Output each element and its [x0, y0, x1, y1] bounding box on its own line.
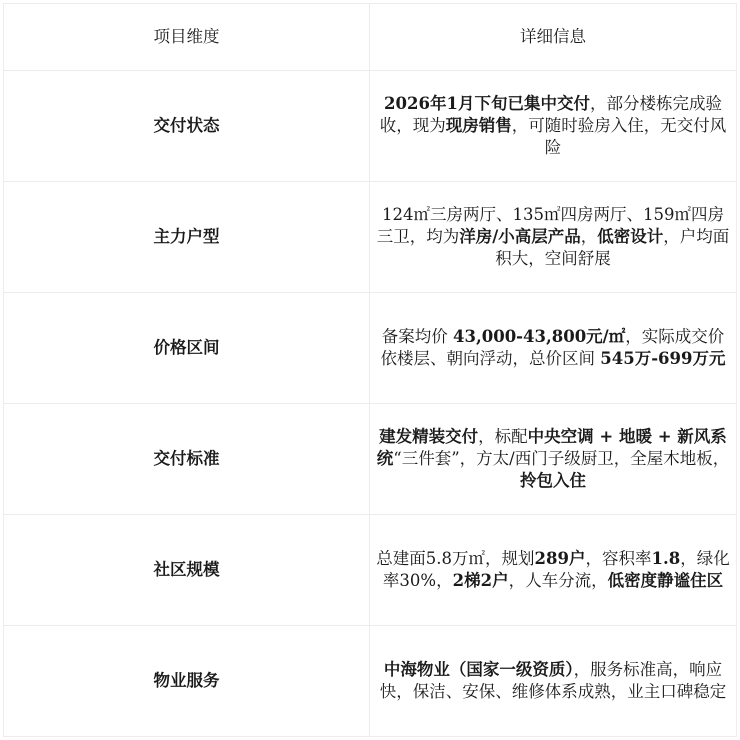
table-row: 主力户型 124㎡三房两厅、135㎡四房两厅、159㎡四房三卫，均为洋房/小高层…	[4, 182, 737, 293]
detail-highlight: 1.8	[651, 549, 680, 568]
header-dimension: 项目维度	[4, 4, 370, 71]
detail-text: 总建面5.8万㎡，规划	[376, 549, 534, 568]
detail-cell: 总建面5.8万㎡，规划289户，容积率1.8，绿化率30%，2梯2户，人车分流，…	[370, 515, 737, 626]
detail-highlight: 中海物业（国家一级资质）	[384, 660, 574, 679]
table-row: 交付标准 建发精装交付，标配中央空调 + 地暖 + 新风系统“三件套”，方太/西…	[4, 404, 737, 515]
detail-cell: 124㎡三房两厅、135㎡四房两厅、159㎡四房三卫，均为洋房/小高层产品，低密…	[370, 182, 737, 293]
table-row: 社区规模 总建面5.8万㎡，规划289户，容积率1.8，绿化率30%，2梯2户，…	[4, 515, 737, 626]
detail-highlight: 545万-699万元	[600, 349, 725, 368]
detail-cell: 中海物业（国家一级资质），服务标准高，响应快，保洁、安保、维修体系成熟，业主口碑…	[370, 626, 737, 737]
project-info-table: 项目维度 详细信息 交付状态 2026年1月下旬已集中交付，部分楼栋完成验收，现…	[3, 3, 737, 737]
detail-text: ，	[581, 227, 598, 246]
dimension-cell: 物业服务	[4, 626, 370, 737]
detail-highlight: 现房销售	[446, 116, 512, 135]
table-header-row: 项目维度 详细信息	[4, 4, 737, 71]
table-row: 交付状态 2026年1月下旬已集中交付，部分楼栋完成验收，现为现房销售，可随时验…	[4, 71, 737, 182]
detail-highlight: 43,000-43,800元/㎡	[453, 327, 625, 346]
detail-highlight: 2026年1月下旬已集中交付	[384, 94, 590, 113]
detail-text: 备案均价	[382, 327, 453, 346]
dimension-cell: 社区规模	[4, 515, 370, 626]
detail-text: ，人车分流，	[509, 571, 608, 590]
detail-highlight: 289户	[535, 549, 586, 568]
detail-highlight: 低密设计	[597, 227, 663, 246]
dimension-cell: 价格区间	[4, 293, 370, 404]
dimension-cell: 主力户型	[4, 182, 370, 293]
detail-highlight: 拎包入住	[520, 471, 586, 490]
table-row: 价格区间 备案均价 43,000-43,800元/㎡，实际成交价依楼层、朝向浮动…	[4, 293, 737, 404]
table-row: 物业服务 中海物业（国家一级资质），服务标准高，响应快，保洁、安保、维修体系成熟…	[4, 626, 737, 737]
detail-cell: 2026年1月下旬已集中交付，部分楼栋完成验收，现为现房销售，可随时验房入住，无…	[370, 71, 737, 182]
detail-text: “三件套”，方太/西门子级厨卫，全屋木地板，	[393, 449, 729, 468]
detail-highlight: 低密度静谧住区	[608, 571, 724, 590]
detail-text: ，可随时验房入住，无交付风险	[512, 116, 727, 157]
detail-highlight: 洋房/小高层产品	[459, 227, 581, 246]
detail-cell: 建发精装交付，标配中央空调 + 地暖 + 新风系统“三件套”，方太/西门子级厨卫…	[370, 404, 737, 515]
detail-text: ，容积率	[585, 549, 651, 568]
detail-highlight: 建发精装交付	[379, 427, 478, 446]
detail-text: ，标配	[478, 427, 528, 446]
detail-highlight: 2梯2户	[453, 571, 509, 590]
dimension-cell: 交付标准	[4, 404, 370, 515]
header-detail: 详细信息	[370, 4, 737, 71]
dimension-cell: 交付状态	[4, 71, 370, 182]
detail-cell: 备案均价 43,000-43,800元/㎡，实际成交价依楼层、朝向浮动，总价区间…	[370, 293, 737, 404]
